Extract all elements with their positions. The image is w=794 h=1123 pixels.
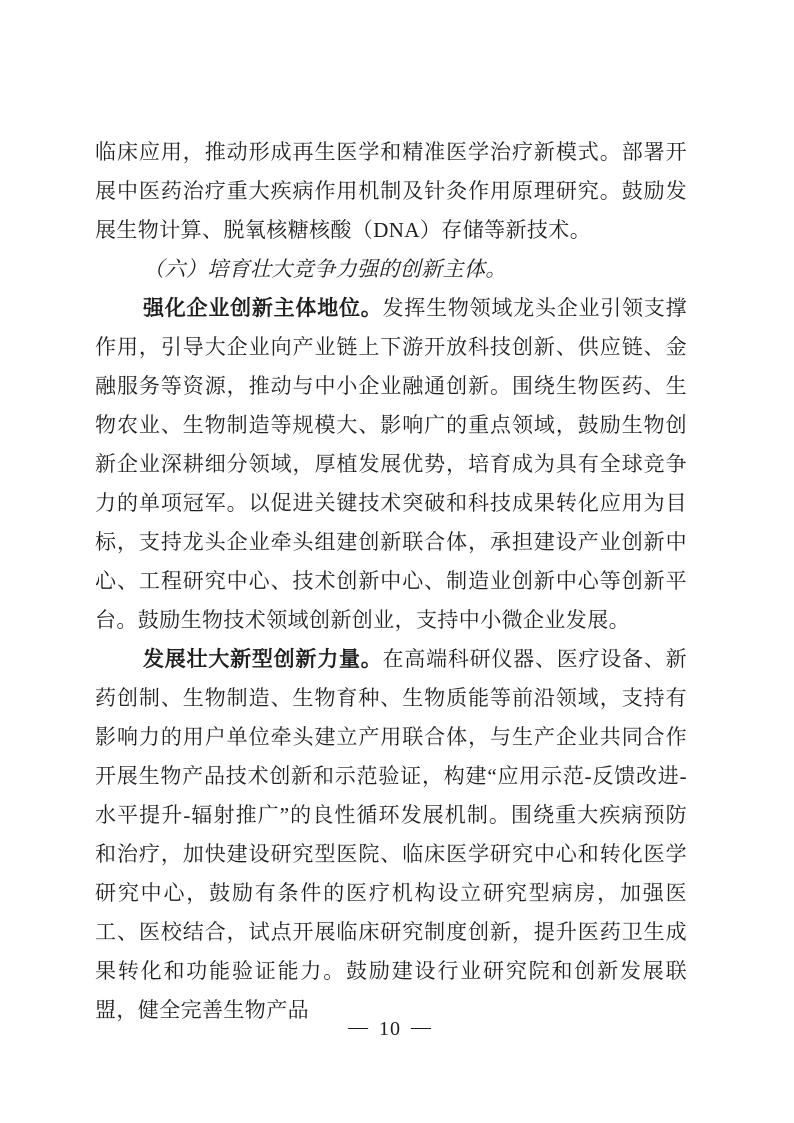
- page-number: —10—: [0, 1018, 780, 1041]
- page-number-value: 10: [379, 1018, 401, 1040]
- document-body: 临床应用，推动形成再生医学和精准医学治疗新模式。部署开展中医药治疗重大疾病作用机…: [95, 133, 687, 1030]
- paragraph-text: 发挥生物领域龙头企业引领支撑作用，引导大企业向产业链上下游开放科技创新、供应链、…: [95, 296, 687, 632]
- paragraph-lead-bold: 发展壮大新型创新力量。: [143, 647, 383, 671]
- paragraph-strengthen-enterprise: 强化企业创新主体地位。发挥生物领域龙头企业引领支撑作用，引导大企业向产业链上下游…: [95, 289, 687, 640]
- page-number-dash-left: —: [348, 1016, 369, 1039]
- paragraph-new-innovation-forces: 发展壮大新型创新力量。在高端科研仪器、医疗设备、新药创制、生物制造、生物育种、生…: [95, 640, 687, 1030]
- section-heading-text: （六）培育壮大竞争力强的创新主体。: [143, 257, 507, 281]
- paragraph-text: 临床应用，推动形成再生医学和精准医学治疗新模式。部署开展中医药治疗重大疾病作用机…: [95, 140, 687, 242]
- section-heading: （六）培育壮大竞争力强的创新主体。: [95, 250, 687, 289]
- document-page: 临床应用，推动形成再生医学和精准医学治疗新模式。部署开展中医药治疗重大疾病作用机…: [0, 0, 794, 1123]
- paragraph-lead-bold: 强化企业创新主体地位。: [143, 296, 383, 320]
- page-number-dash-right: —: [411, 1016, 432, 1039]
- paragraph-continuation: 临床应用，推动形成再生医学和精准医学治疗新模式。部署开展中医药治疗重大疾病作用机…: [95, 133, 687, 250]
- paragraph-text: 在高端科研仪器、医疗设备、新药创制、生物制造、生物育种、生物质能等前沿领域，支持…: [95, 647, 687, 1022]
